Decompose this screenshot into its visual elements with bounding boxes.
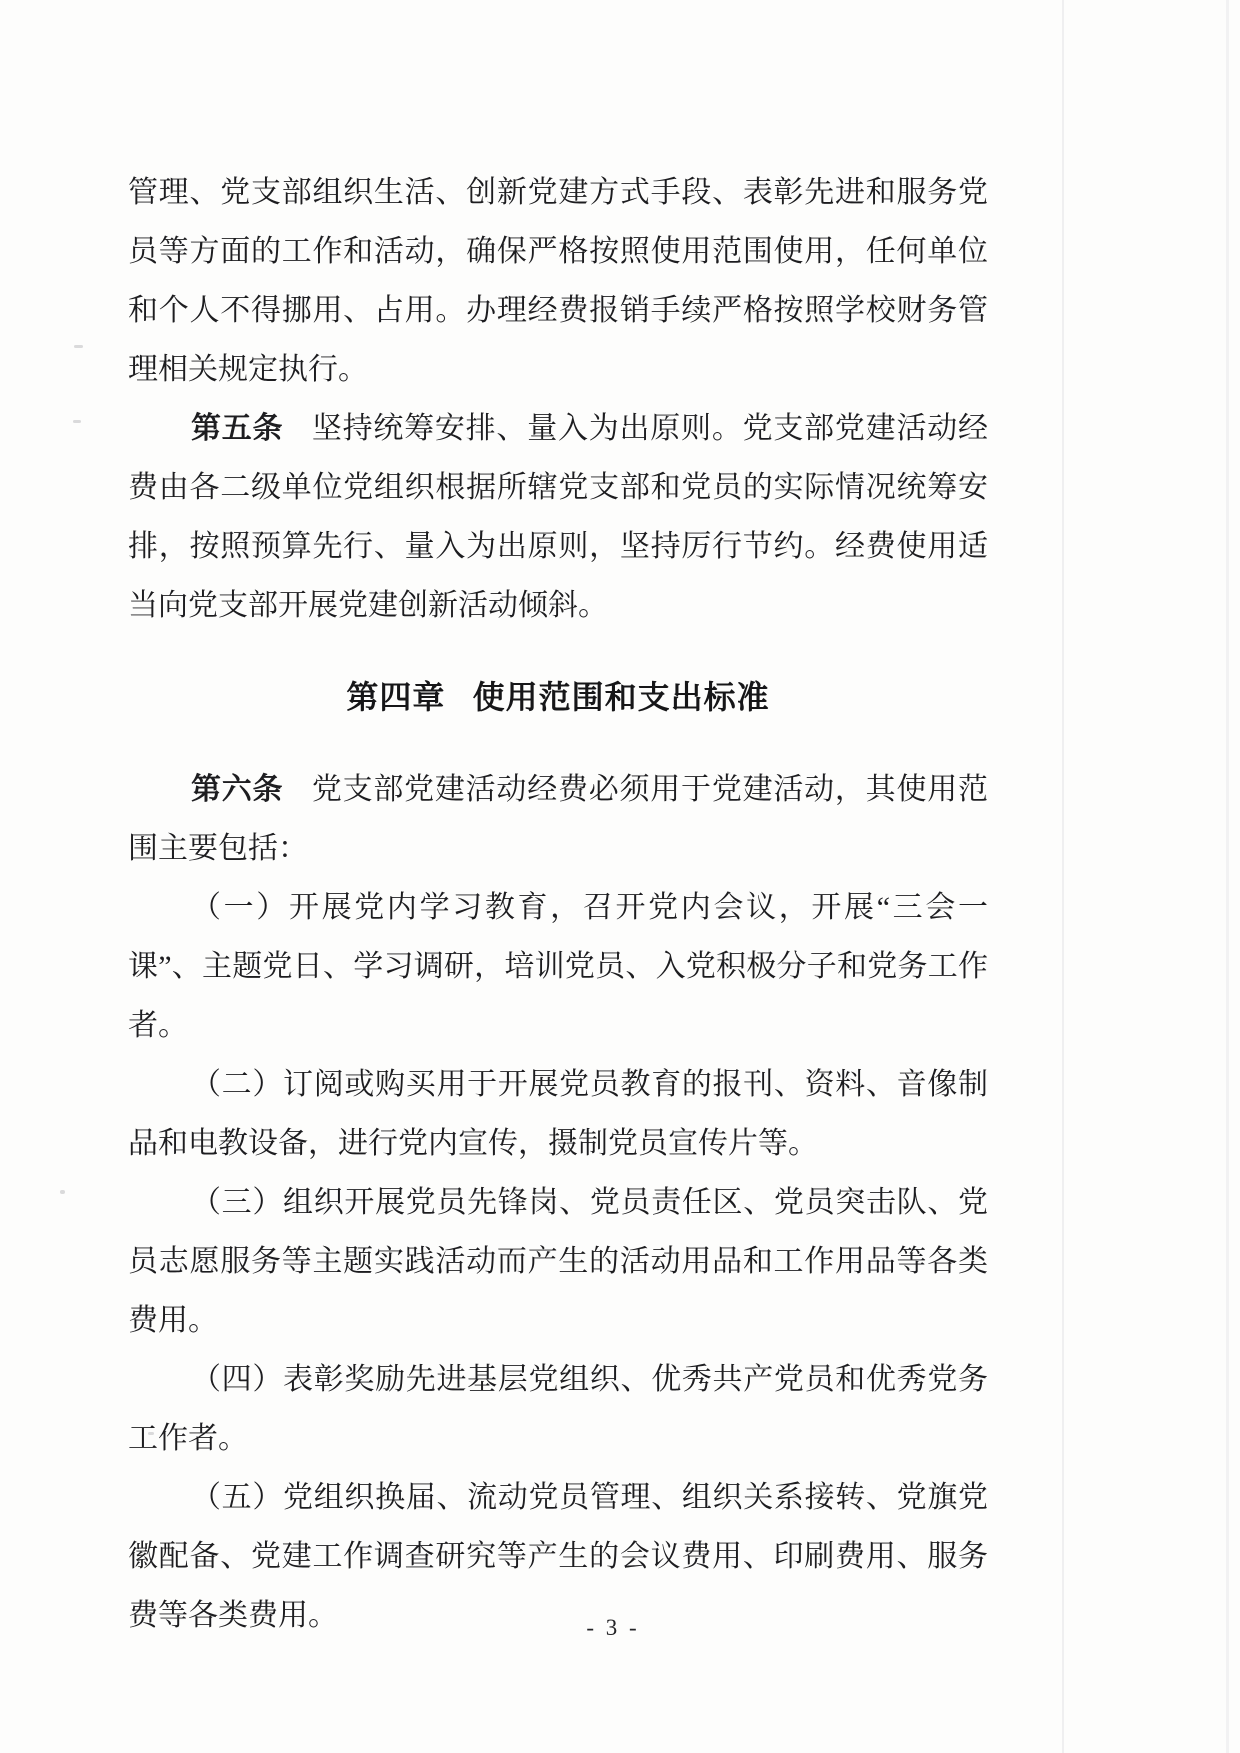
document-body: 管理、党支部组织生活、创新党建方式手段、表彰先进和服务党员等方面的工作和活动，确… (128, 0, 988, 1645)
scan-speck (73, 420, 81, 423)
list-item-4: （四）表彰奖励先进基层党组织、优秀共产党员和优秀党务工作者。 (128, 1350, 988, 1468)
scan-edge-shadow (1226, 0, 1229, 1753)
document-page: 管理、党支部组织生活、创新党建方式手段、表彰先进和服务党员等方面的工作和活动，确… (0, 0, 1240, 1753)
chapter-title: 使用范围和支出标准 (473, 679, 770, 715)
article-number-bold: 第六条 (191, 773, 283, 806)
scan-speck (74, 345, 83, 348)
article-number-bold: 第五条 (191, 412, 283, 445)
paragraph-text: （四）表彰奖励先进基层党组织、优秀共产党员和优秀党务工作者。 (128, 1363, 988, 1455)
paragraph-text: （三）组织开展党员先锋岗、党员责任区、党员突击队、党员志愿服务等主题实践活动而产… (128, 1186, 988, 1337)
chapter-heading: 第四章使用范围和支出标准 (128, 668, 988, 727)
paragraph-text: （一）开展党内学习教育，召开党内会议，开展“三会一课”、主题党日、学习调研，培训… (128, 891, 988, 1042)
scan-line-artifact (1062, 0, 1064, 1753)
paragraph-text: （五）党组织换届、流动党员管理、组织关系接转、党旗党徽配备、党建工作调查研究等产… (128, 1481, 988, 1632)
list-item-3: （三）组织开展党员先锋岗、党员责任区、党员突击队、党员志愿服务等主题实践活动而产… (128, 1173, 988, 1350)
paragraph-continuation: 管理、党支部组织生活、创新党建方式手段、表彰先进和服务党员等方面的工作和活动，确… (128, 163, 988, 399)
list-item-1: （一）开展党内学习教育，召开党内会议，开展“三会一课”、主题党日、学习调研，培训… (128, 878, 988, 1055)
chapter-number: 第四章 (346, 679, 445, 715)
paragraph-text: 管理、党支部组织生活、创新党建方式手段、表彰先进和服务党员等方面的工作和活动，确… (128, 176, 988, 386)
paragraph-article-6: 第六条党支部党建活动经费必须用于党建活动，其使用范围主要包括： (128, 760, 988, 878)
scan-speck (60, 1190, 65, 1194)
paragraph-text: （二）订阅或购买用于开展党员教育的报刊、资料、音像制品和电教设备，进行党内宣传，… (128, 1068, 988, 1160)
page-number: - 3 - (0, 1615, 1226, 1641)
paragraph-article-5: 第五条坚持统筹安排、量入为出原则。党支部党建活动经费由各二级单位党组织根据所辖党… (128, 399, 988, 635)
list-item-2: （二）订阅或购买用于开展党员教育的报刊、资料、音像制品和电教设备，进行党内宣传，… (128, 1055, 988, 1173)
